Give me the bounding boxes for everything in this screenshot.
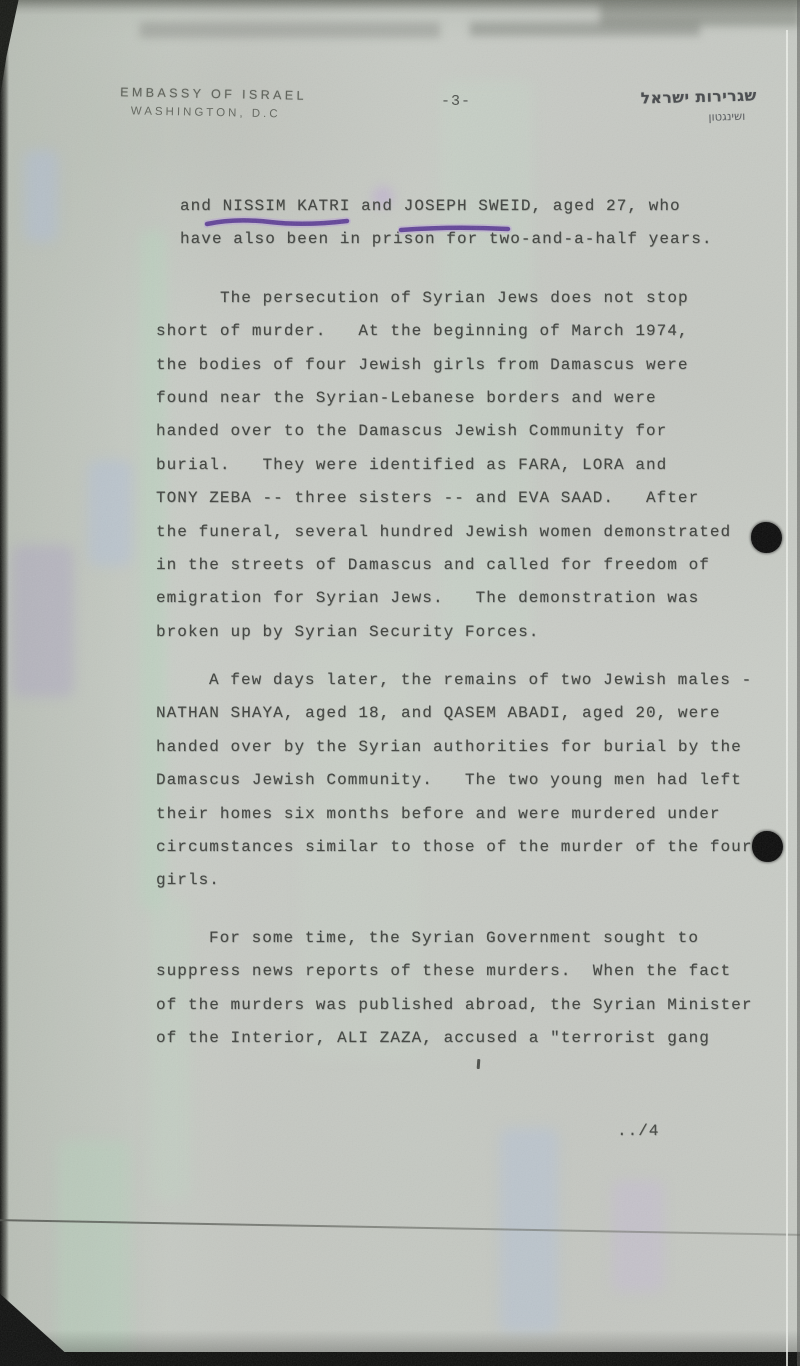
stray-pen-mark (477, 1059, 480, 1069)
footer-page-indicator: ../4 (617, 1122, 659, 1140)
text-line: emigration for Syrian Jews. The demonstr… (156, 582, 781, 615)
hebrew-stamp-line1: שגרירות ישראל (641, 86, 757, 107)
text-line: broken up by Syrian Security Forces. (156, 616, 781, 649)
letterhead: EMBASSY OF ISRAEL WASHINGTON, D.C (120, 85, 307, 121)
scanned-document-page: EMBASSY OF ISRAEL WASHINGTON, D.C -3- שג… (0, 0, 800, 1366)
text-line: the funeral, several hundred Jewish wome… (156, 516, 781, 549)
text-line: handed over to the Damascus Jewish Commu… (156, 415, 781, 448)
text-line: in the streets of Damascus and called fo… (156, 549, 781, 582)
paper-streak (58, 1140, 130, 1360)
paper-streak (500, 1128, 558, 1333)
letterhead-embassy-line: EMBASSY OF ISRAEL (120, 85, 307, 103)
text-line: short of murder. At the beginning of Mar… (156, 315, 781, 348)
pencil-smudge (140, 22, 440, 38)
page-edge-left (0, 0, 9, 1366)
paper-streak (24, 150, 58, 242)
text-line: their homes six months before and were m… (156, 798, 781, 831)
text-line: found near the Syrian-Lebanese borders a… (156, 382, 781, 415)
text-line: circumstances similar to those of the mu… (156, 831, 781, 864)
text-line: For some time, the Syrian Government sou… (156, 922, 781, 955)
scan-corner-top-left (0, 0, 32, 135)
marker-underline-nissim-katri (204, 215, 352, 229)
hebrew-stamp: שגרירות ישראל ושינגטון (641, 86, 758, 125)
paper-streak (12, 545, 74, 697)
pencil-smudge (470, 22, 700, 36)
page-number: -3- (441, 93, 471, 110)
text-line: NATHAN SHAYA, aged 18, and QASEM ABADI, … (156, 697, 781, 730)
paper-streak (88, 460, 132, 566)
scan-corner-bottom-left (0, 1280, 80, 1366)
text-line: girls. (156, 864, 781, 897)
paper-crease-line (0, 1219, 800, 1236)
page-edge-highlight (786, 30, 788, 1366)
page-edge-bottom-shadow (0, 1330, 800, 1352)
text-line: Damascus Jewish Community. The two young… (156, 764, 781, 797)
paragraph: For some time, the Syrian Government sou… (156, 922, 781, 1056)
text-line: TONY ZEBA -- three sisters -- and EVA SA… (156, 482, 781, 515)
page-edge-top (0, 0, 800, 15)
hole-punch-bottom (752, 831, 783, 862)
paragraph: The persecution of Syrian Jews does not … (156, 282, 781, 649)
hebrew-stamp-line2: ושינגטון (641, 109, 745, 126)
paper-streak (612, 1180, 664, 1292)
text-line: suppress news reports of these murders. … (156, 955, 781, 988)
document-body: and NISSIM KATRI and JOSEPH SWEID, aged … (156, 190, 781, 1055)
paragraph: A few days later, the remains of two Jew… (156, 664, 781, 898)
text-line: the bodies of four Jewish girls from Dam… (156, 349, 781, 382)
text-line: The persecution of Syrian Jews does not … (156, 282, 781, 315)
text-line: A few days later, the remains of two Jew… (156, 664, 781, 697)
marker-underline-joseph-sweid (398, 222, 513, 236)
text-line: of the murders was published abroad, the… (156, 989, 781, 1022)
text-line: handed over by the Syrian authorities fo… (156, 731, 781, 764)
hole-punch-top (751, 522, 782, 553)
text-line: burial. They were identified as FARA, LO… (156, 449, 781, 482)
text-line: of the Interior, ALI ZAZA, accused a "te… (156, 1022, 781, 1055)
page-edge-bottom (0, 1352, 800, 1366)
letterhead-city-line: WASHINGTON, D.C (131, 105, 307, 120)
page-edge-top-shadow (600, 0, 800, 26)
